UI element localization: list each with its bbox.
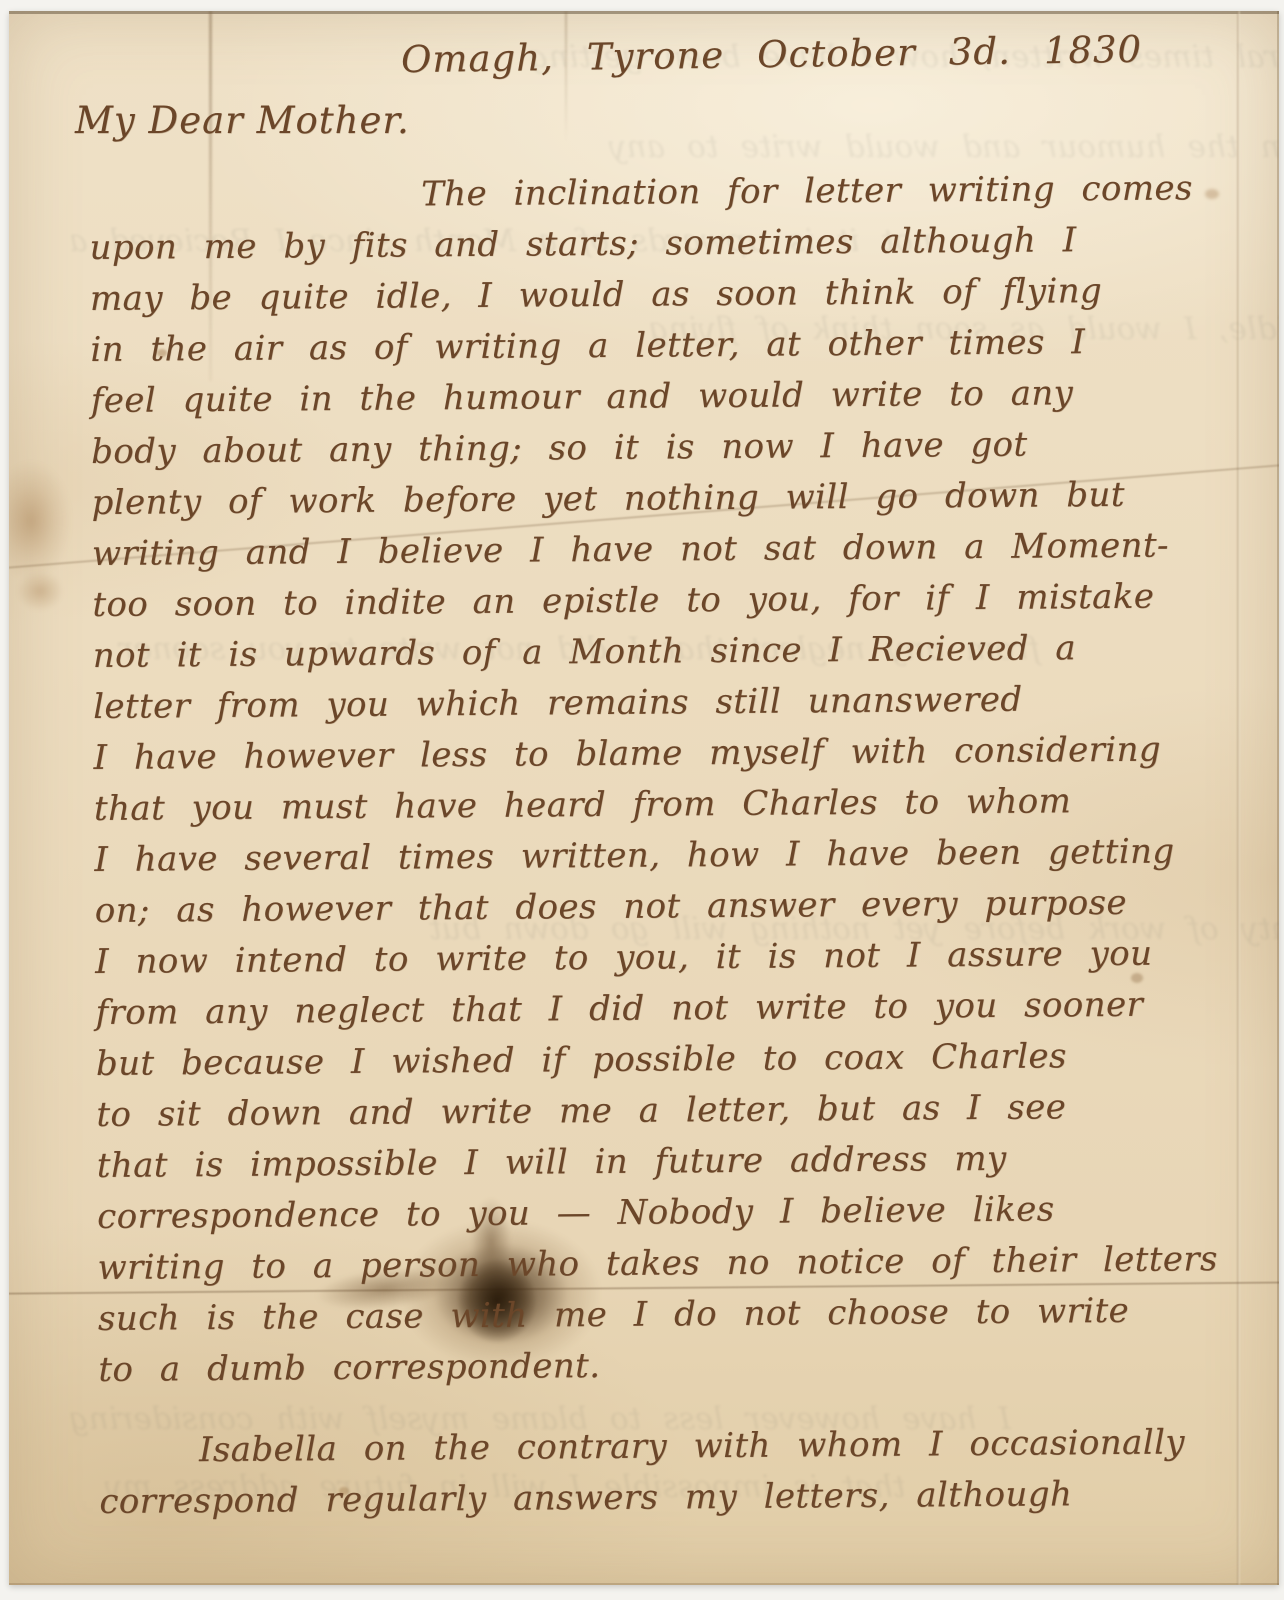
letter-line: body about any thing; so it is now I hav…	[91, 423, 1245, 483]
letter-line: to a dumb correspondent.	[98, 1341, 1252, 1401]
letter-line: to sit down and write me a letter, but a…	[96, 1086, 1250, 1146]
letter-line: not it is upwards of a Month since I Rec…	[93, 627, 1247, 687]
letter-line: may be quite idle, I would as soon think…	[90, 270, 1244, 330]
letter-line: I have several times written, how I have…	[94, 831, 1248, 891]
scan-background: I have several times written, how I have…	[0, 0, 1284, 1600]
letter-line: plenty of work before yet nothing will g…	[91, 474, 1245, 534]
letter-line: too soon to indite an epistle to you, fo…	[92, 576, 1246, 636]
letter-line: letter from you which remains still unan…	[93, 678, 1247, 738]
letter-line: I now intend to write to you, it is not …	[95, 933, 1249, 993]
letter-line: The inclination for letter writing comes	[89, 168, 1243, 228]
letter-line: from any neglect that I did not write to…	[95, 984, 1249, 1044]
letter-line: correspond regularly answers my letters,…	[99, 1473, 1253, 1533]
bleedthrough-text: feel quite in the humour and would write…	[609, 129, 1279, 165]
letter-line: on; as however that does not answer ever…	[95, 882, 1249, 942]
letter-line: feel quite in the humour and would write…	[91, 372, 1245, 432]
letter-line: I have however less to blame myself with…	[93, 729, 1247, 789]
letter-line: writing to a person who takes no notice …	[97, 1239, 1251, 1299]
letter-line: but because I wished if possible to coax…	[96, 1035, 1250, 1095]
letter-body: The inclination for letter writing comes…	[89, 168, 1254, 1533]
salutation: My Dear Mother.	[75, 99, 410, 142]
letter-line: correspondence to you — Nobody I believe…	[97, 1188, 1251, 1248]
letter-line: that you must have heard from Charles to…	[94, 780, 1248, 840]
letter-line: Isabella on the contrary with whom I occ…	[99, 1422, 1253, 1482]
letter-line: such is the case with me I do not choose…	[98, 1290, 1252, 1350]
stain	[9, 461, 71, 581]
letter-line: that is impossible I will in future addr…	[97, 1137, 1251, 1197]
letter-line: upon me by fits and starts; sometimes al…	[89, 219, 1243, 279]
letter-line: writing and I believe I have not sat dow…	[92, 525, 1246, 585]
letter-line: in the air as of writing a letter, at ot…	[90, 321, 1244, 381]
stain	[17, 571, 63, 611]
letter-page: I have several times written, how I have…	[9, 11, 1279, 1585]
